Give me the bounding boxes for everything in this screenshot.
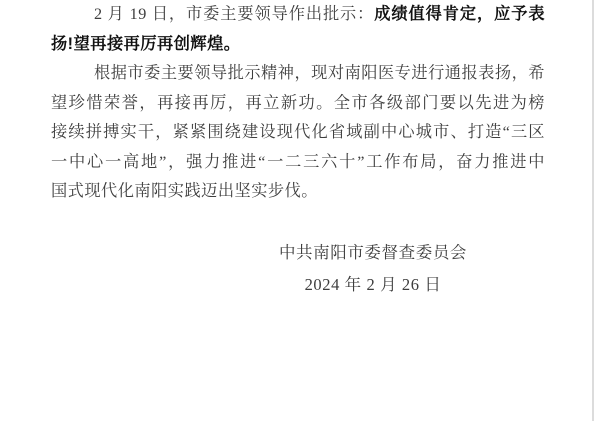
date-line: 2024 年 2 月 26 日 xyxy=(200,275,546,294)
document-body: 2 月 19 日，市委主要领导作出批示：成绩值得肯定，应予表 扬!望再接再厉再创… xyxy=(51,0,545,207)
paragraph1-lead-text: 2 月 19 日，市委主要领导作出批示： xyxy=(94,5,374,23)
doc-line-2: 扬!望再接再厉再创辉煌。 xyxy=(51,30,545,60)
page-right-border xyxy=(592,0,594,421)
document-page: 2 月 19 日，市委主要领导作出批示：成绩值得肯定，应予表 扬!望再接再厉再创… xyxy=(0,0,597,421)
doc-line-6: 一中心一高地”，强力推进“一二三六十”工作布局，奋力推进中 xyxy=(51,148,545,178)
doc-line-7: 国式现代化南阳实践迈出坚实步伐。 xyxy=(51,177,545,207)
doc-line-1: 2 月 19 日，市委主要领导作出批示：成绩值得肯定，应予表 xyxy=(51,0,545,30)
directive-bold-text-part1: 成绩值得肯定，应予表 xyxy=(374,5,545,23)
screenshot-root: { "page": { "background_color": "#ffffff… xyxy=(0,0,597,421)
doc-line-4: 望珍惜荣誉，再接再厉，再立新功。全市各级部门要以先进为榜样， xyxy=(51,89,545,119)
signature-line: 中共南阳市委督查委员会 xyxy=(200,243,546,262)
doc-line-3: 根据市委主要领导批示精神，现对南阳医专进行通报表扬，希 xyxy=(51,59,545,89)
doc-line-5: 接续拼搏实干，紧紧围绕建设现代化省域副中心城市、打造“三区 xyxy=(51,118,545,148)
